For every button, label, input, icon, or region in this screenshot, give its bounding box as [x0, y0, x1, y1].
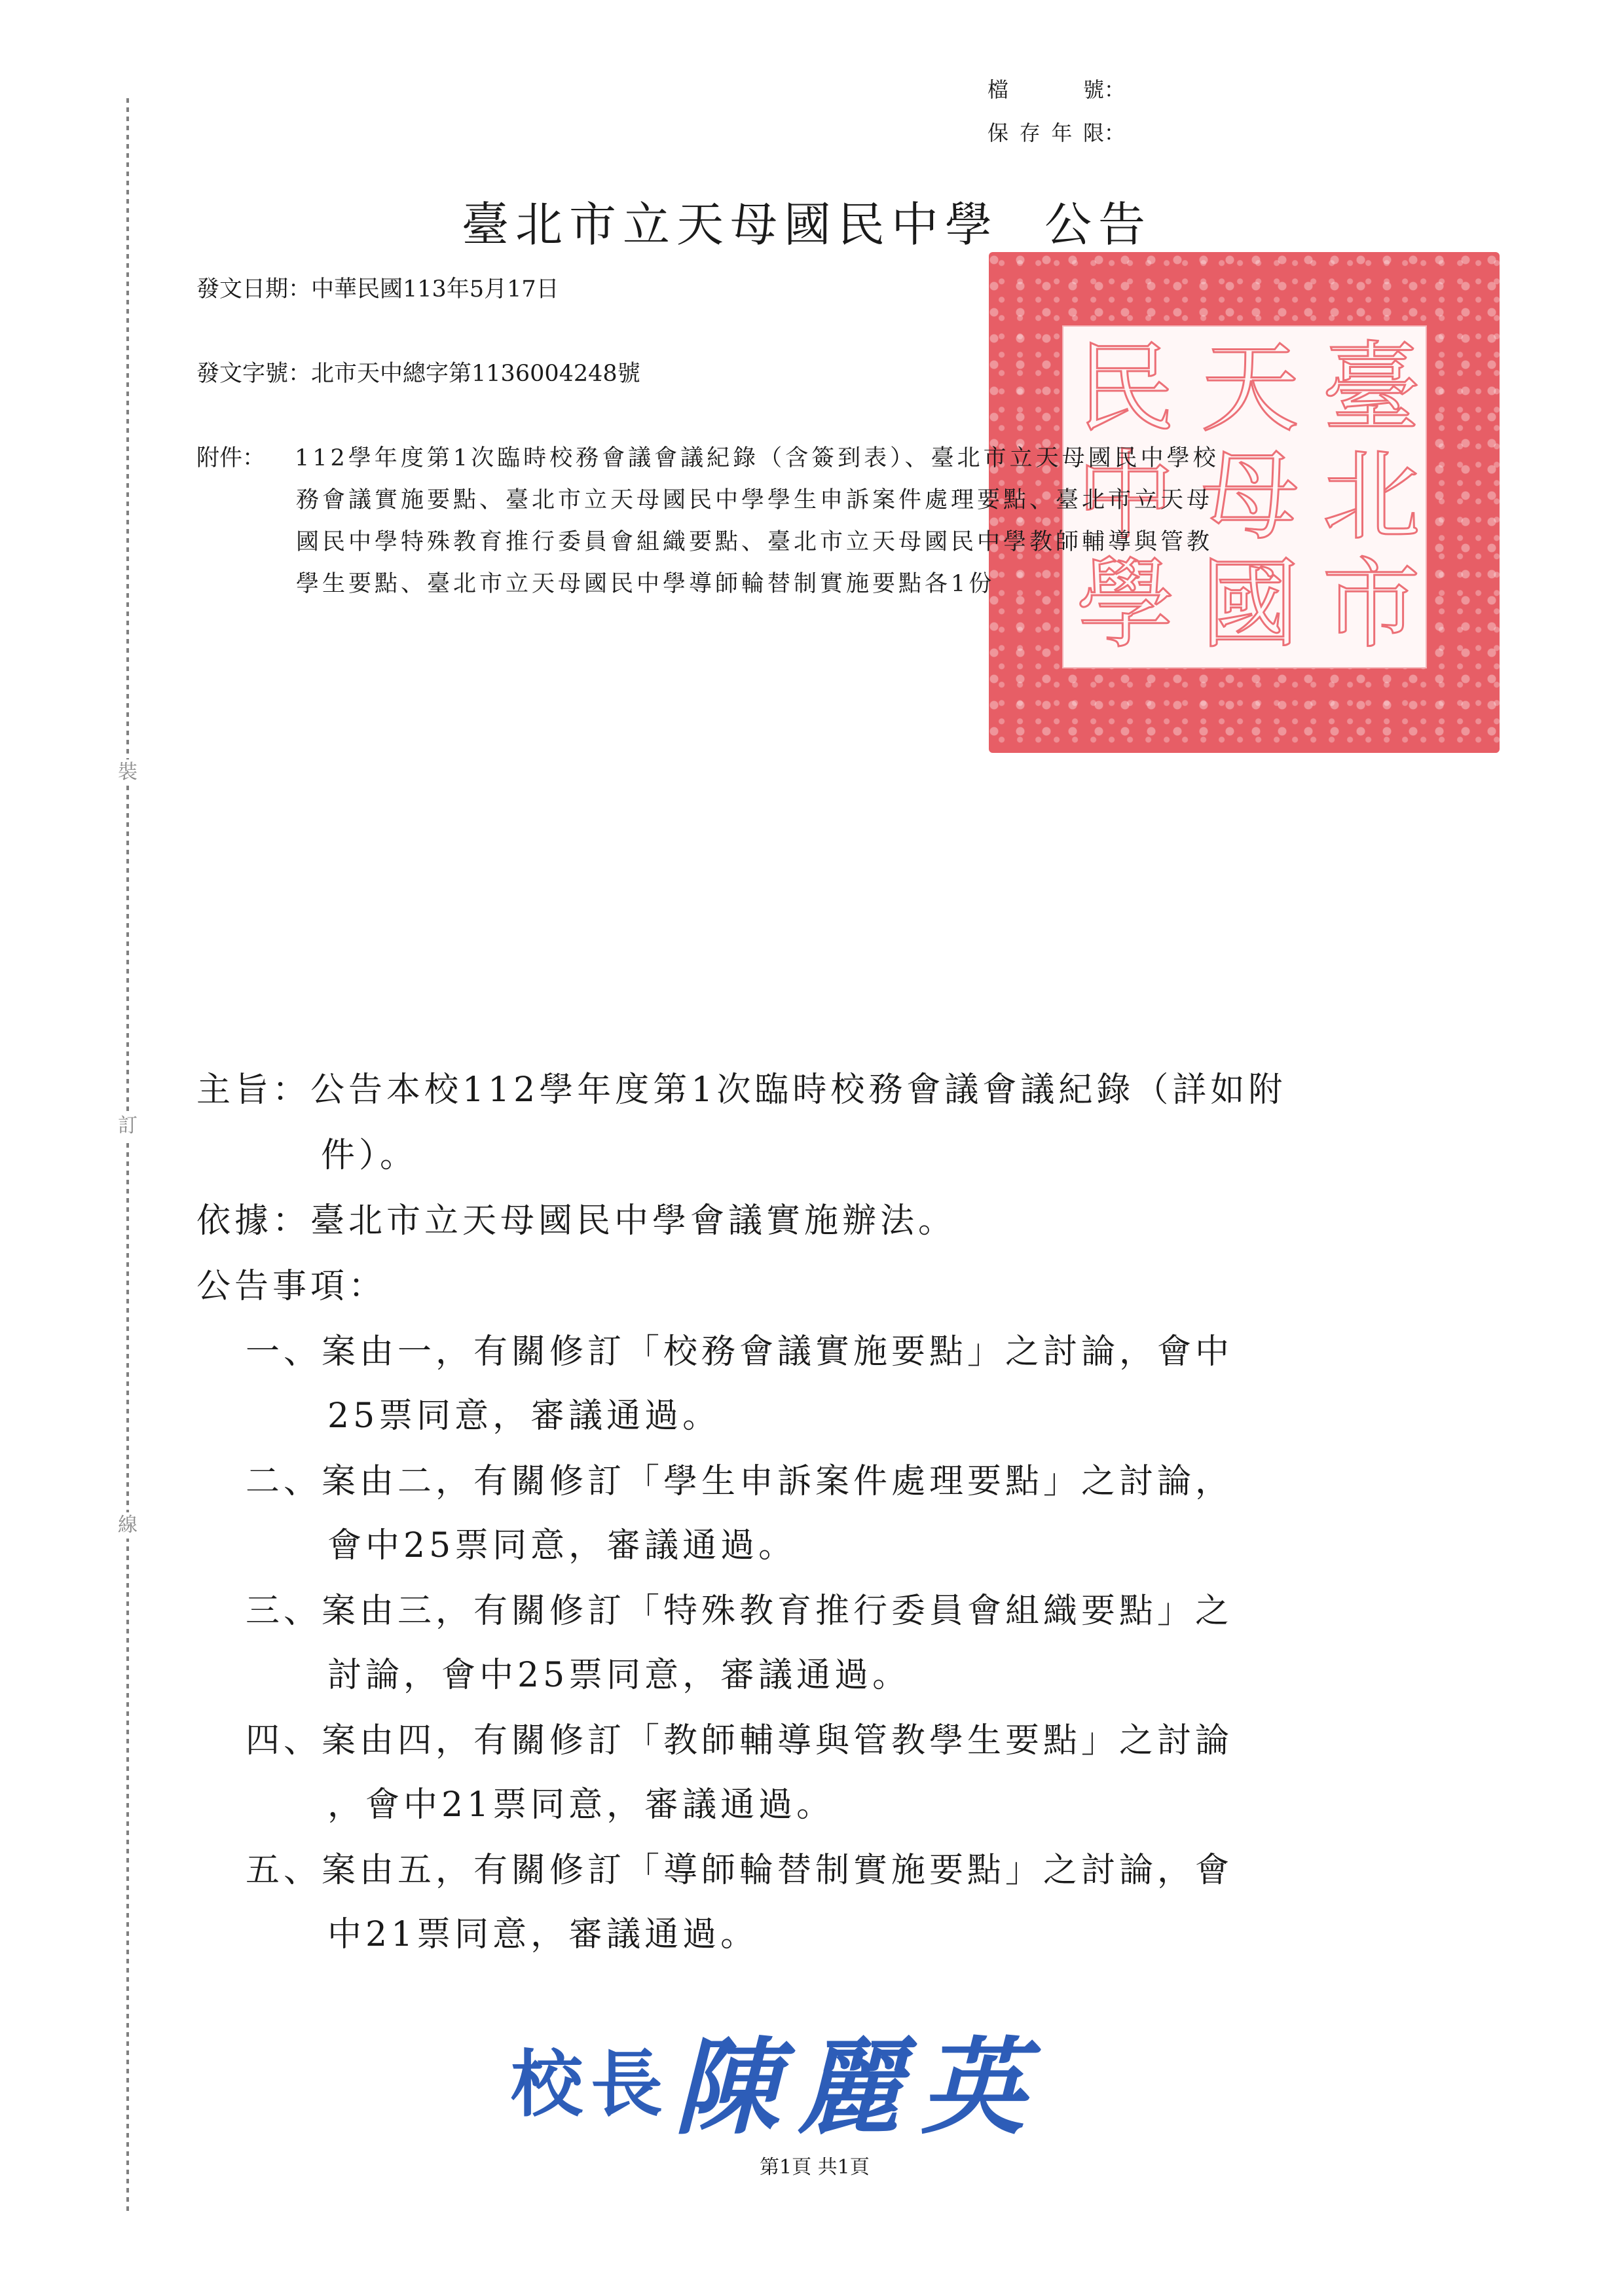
seal-glyph: 學 [1077, 556, 1175, 654]
issue-date-value: 中華民國113年5月17日 [311, 276, 559, 302]
retention-label-char: 保 [987, 111, 1008, 155]
page-indicator: 第1頁 共1頁 [760, 2151, 870, 2179]
reference-number-line: 發文字號：北市天中總字第1136004248號 [196, 353, 1624, 395]
attachment-line: 學生要點、臺北市立天母國民中學導師輪替制實施要點各1份 [296, 563, 995, 605]
announcement-item-2: 二、案由二，有關修訂「學生申訴案件處理要點」之討論， [246, 1459, 1233, 1504]
school-name: 臺北市立天母國民中學 [462, 197, 999, 252]
announcement-item-2-continued: 會中25票同意，審議通過。 [327, 1523, 796, 1569]
seal-glyph: 北 [1322, 448, 1420, 546]
announcement-item-1-continued: 25票同意，審議通過。 [327, 1393, 720, 1439]
signature-name: 陳麗英 [674, 2026, 1044, 2149]
subject-label: 主旨： [196, 1070, 310, 1110]
subject-text: 公告本校112學年度第1次臨時校務會議會議紀錄（詳如附 [310, 1070, 1286, 1110]
file-number-label: 檔 號 [987, 68, 1104, 111]
binding-mark-xian: 線 [113, 1512, 143, 1539]
binding-line [126, 98, 129, 2213]
retention-label-char: 限 [1083, 111, 1104, 155]
announcement-items-heading: 公告事項： [196, 1264, 386, 1309]
basis-line: 依據：臺北市立天母國民中學會議實施辦法。 [196, 1198, 956, 1244]
seal-glyph: 國 [1201, 556, 1299, 654]
signature-title: 校長 [511, 2042, 671, 2126]
binding-mark-ding: 訂 [113, 1113, 143, 1139]
file-info-block: 檔 號 ： 保 存 年 限 ： [987, 68, 1124, 155]
attachment-line: 112學年度第1次臨時校務會議會議紀錄（含簽到表）、臺北市立天母國民中學校 [295, 437, 1219, 479]
page-title: 臺北市立天母國民中學公告 [462, 187, 1152, 255]
basis-text: 臺北市立天母國民中學會議實施辦法。 [310, 1201, 956, 1241]
colon: ： [1104, 111, 1124, 155]
file-number-label-char: 檔 [987, 68, 1008, 111]
binding-mark-zhuang: 裝 [113, 759, 143, 786]
announcement-item-1: 一、案由一，有關修訂「校務會議實施要點」之討論，會中 [246, 1329, 1233, 1375]
issue-date-line: 發文日期：中華民國113年5月17日 [196, 268, 1624, 310]
reference-number-label: 發文字號： [196, 353, 311, 395]
announcement-item-4-continued: ，會中21票同意，審議通過。 [327, 1782, 834, 1828]
file-number-label-char: 號 [1083, 68, 1104, 111]
announcement-item-4: 四、案由四，有關修訂「教師輔導與管教學生要點」之討論 [246, 1718, 1233, 1764]
retention-label-char: 年 [1051, 111, 1072, 155]
document-type: 公告 [1044, 197, 1152, 252]
attachments-label: 附件： [196, 437, 265, 479]
announcement-item-5: 五、案由五，有關修訂「導師輪替制實施要點」之討論，會 [246, 1848, 1233, 1893]
subject-line: 主旨：公告本校112學年度第1次臨時校務會議會議紀錄（詳如附 [196, 1067, 1286, 1113]
reference-number-value: 北市天中總字第1136004248號 [311, 361, 640, 387]
announcement-item-5-continued: 中21票同意，審議通過。 [327, 1912, 758, 1958]
file-number-row: 檔 號 ： [987, 68, 1124, 111]
basis-label: 依據： [196, 1201, 310, 1241]
retention-row: 保 存 年 限 ： [987, 111, 1124, 155]
announcement-item-3-continued: 討論，會中25票同意，審議通過。 [327, 1652, 910, 1698]
announcement-item-3: 三、案由三，有關修訂「特殊教育推行委員會組織要點」之 [246, 1588, 1233, 1634]
retention-label-char: 存 [1020, 111, 1041, 155]
attachment-line: 務會議實施要點、臺北市立天母國民中學學生申訴案件處理要點、臺北市立天母 [296, 479, 1213, 521]
retention-label: 保 存 年 限 [987, 111, 1104, 155]
seal-glyph: 市 [1322, 556, 1420, 654]
principal-signature: 校長 陳麗英 [511, 2003, 1044, 2154]
colon: ： [1104, 68, 1124, 111]
issue-date-label: 發文日期： [196, 268, 311, 310]
subject-text-continued: 件）。 [321, 1133, 418, 1178]
attachment-line: 國民中學特殊教育推行委員會組織要點、臺北市立天母國民中學教師輔導與管教 [296, 521, 1213, 563]
